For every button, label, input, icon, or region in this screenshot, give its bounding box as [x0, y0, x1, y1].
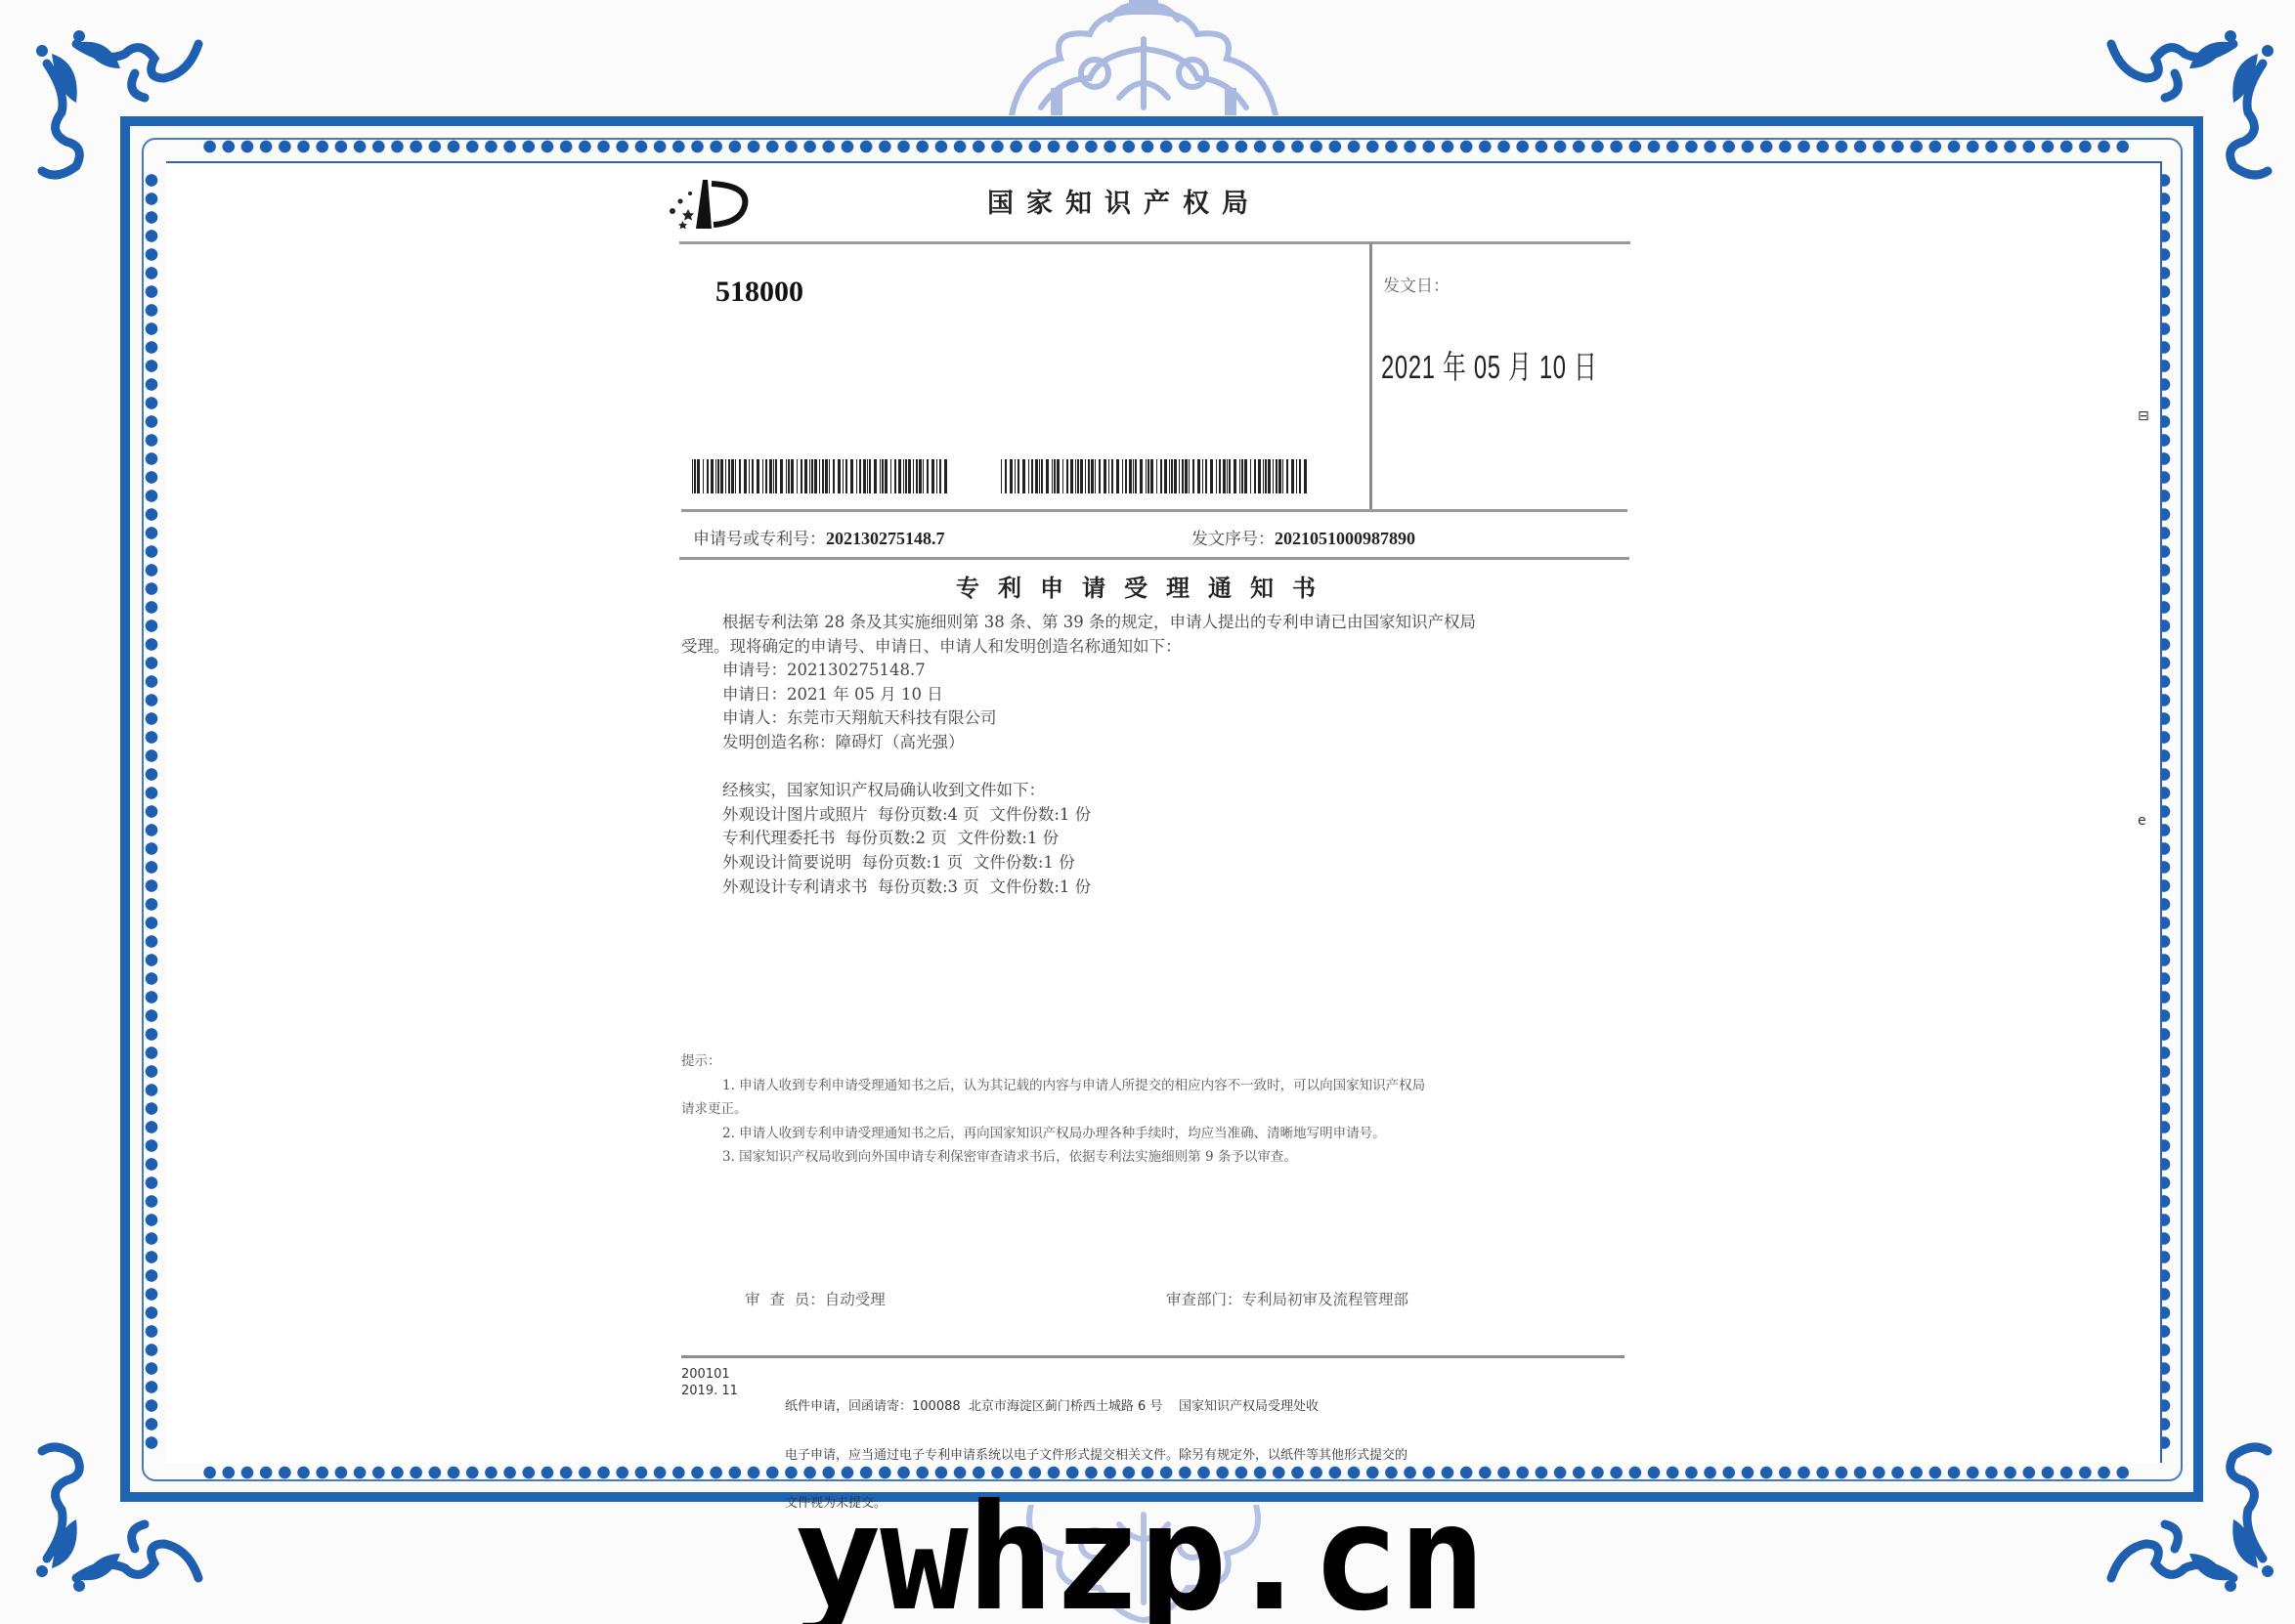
barcode-left [692, 459, 949, 493]
postal-code: 518000 [715, 276, 803, 309]
ornamental-seal-top [992, 0, 1295, 115]
verified-line: 经核实，国家知识产权局确认收到文件如下： [681, 779, 1629, 803]
department-signature: 审查部门：专利局初审及流程管理部 [1166, 1288, 1408, 1309]
field-applicant: 申请人：东莞市天翔航天科技有限公司 [681, 706, 1629, 731]
document-item: 专利代理委托书 每份页数:2 页 文件份数:1 份 [681, 827, 1629, 851]
header-divider [1369, 243, 1372, 512]
application-number-row: 申请号或专利号：202130275148.7 [693, 525, 945, 549]
field-filing-date: 申请日：2021 年 05 月 10 日 [681, 683, 1629, 707]
barcode-right [1001, 459, 1310, 493]
meta-bottom-rule [679, 557, 1629, 560]
meta-top-rule [681, 509, 1627, 512]
tip-item: 请求更正。 [681, 1097, 1629, 1122]
tip-item: 1. 申请人收到专利申请受理通知书之后，认为其记载的内容与申请人所提交的相应内容… [681, 1074, 1629, 1098]
site-watermark: ywhzp.cn [794, 1485, 1484, 1624]
issue-date: 2021 年 05 月 10 日 [1381, 342, 1598, 388]
issue-date-label: 发文日： [1383, 272, 1450, 296]
header-rule [679, 241, 1630, 244]
cnipa-logo-icon [663, 176, 749, 236]
application-number: 202130275148.7 [826, 529, 945, 548]
document-item: 外观设计图片或照片 每份页数:4 页 文件份数:1 份 [681, 803, 1629, 828]
tips-section: 提示： 1. 申请人收到专利申请受理通知书之后，认为其记载的内容与申请人所提交的… [681, 1049, 1629, 1170]
serial-number-row: 发文序号：2021051000987890 [1191, 525, 1415, 549]
document-item: 外观设计简要说明 每份页数:1 页 文件份数:1 份 [681, 851, 1629, 876]
serial-number-label: 发文序号： [1191, 530, 1275, 549]
footer-rule [681, 1355, 1624, 1358]
examiner-signature: 审 查 员：自动受理 [745, 1288, 886, 1309]
dotted-border-top [200, 140, 2131, 153]
stray-mark: e [2138, 813, 2146, 829]
tips-label: 提示： [681, 1049, 1629, 1074]
intro-line-1: 根据专利法第 28 条及其实施细则第 38 条、第 39 条的规定，申请人提出的… [681, 611, 1629, 635]
application-number-label: 申请号或专利号： [693, 530, 826, 549]
form-code: 200101 2019. 11 [681, 1367, 738, 1399]
tip-item: 3. 国家知识产权局收到向外国申请专利保密审查请求书后，依据专利法实施细则第 9… [681, 1145, 1629, 1170]
dotted-border-left [145, 171, 158, 1451]
serial-number: 2021051000987890 [1275, 529, 1415, 548]
document-item: 外观设计专利请求书 每份页数:3 页 文件份数:1 份 [681, 876, 1629, 900]
intro-line-2: 受理。现将确定的申请号、申请日、申请人和发明创造名称通知如下： [681, 635, 1629, 660]
field-application-number: 申请号：202130275148.7 [681, 659, 1629, 683]
notice-body: 根据专利法第 28 条及其实施细则第 38 条、第 39 条的规定，申请人提出的… [681, 611, 1629, 899]
tip-item: 2. 申请人收到专利申请受理通知书之后，再向国家知识产权局办理各种手续时，均应当… [681, 1122, 1629, 1146]
stray-mark: ⊟ [2138, 408, 2149, 424]
agency-title: 国家知识产权局 [987, 182, 1329, 220]
notice-title: 专利申请受理通知书 [956, 569, 1334, 603]
field-invention-title: 发明创造名称：障碍灯（高光强） [681, 731, 1629, 755]
